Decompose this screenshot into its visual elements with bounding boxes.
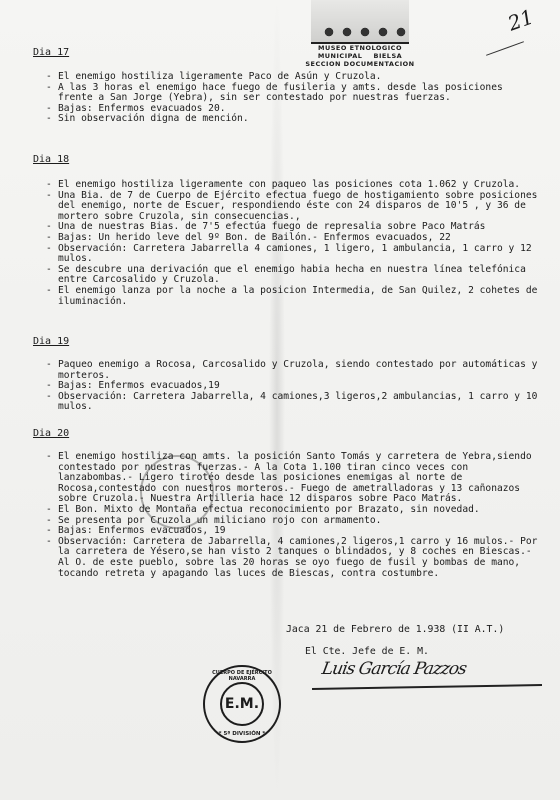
entry: El enemigo lanza por la noche a la posic… bbox=[46, 286, 540, 307]
day-heading: Dia 19 bbox=[33, 337, 69, 348]
entry: El enemigo hostiliza ligeramente Paco de… bbox=[46, 72, 540, 83]
official-seal: CUERPO DE EJÉRCITO NAVARRA E.M. * 5ª DIV… bbox=[203, 665, 281, 743]
stamp-line: MUSEO ETNOLOGICO bbox=[305, 44, 415, 52]
museum-stamp: MUSEO ETNOLOGICO MUNICIPAL BIELSA SECCIO… bbox=[305, 0, 415, 70]
entry: Observación: Carretera de Jabarrella, 4 … bbox=[46, 537, 540, 579]
seal-center-text: E.M. bbox=[220, 682, 264, 726]
entry: Una Bia. de 7 de Cuerpo de Ejército efec… bbox=[46, 191, 540, 223]
entry: Se descubre una derivación que el enemig… bbox=[46, 265, 540, 286]
entry: Paqueo enemigo a Rocosa, Carcosalido y C… bbox=[46, 360, 540, 381]
seal-top-text: CUERPO DE EJÉRCITO NAVARRA bbox=[205, 670, 279, 682]
document-page: MUSEO ETNOLOGICO MUNICIPAL BIELSA SECCIO… bbox=[0, 0, 560, 800]
entry: Observación: Carretera Jabarrella, 4 cam… bbox=[46, 392, 540, 413]
place-date: Jaca 21 de Febrero de 1.938 (II A.T.) bbox=[286, 625, 504, 636]
stamp-line: SECCION DOCUMENTACION bbox=[305, 60, 415, 68]
signer-title: El Cte. Jefe de E. M. bbox=[305, 647, 429, 658]
entry: A las 3 horas el enemigo hace fuego de f… bbox=[46, 83, 540, 104]
day-entries: Paqueo enemigo a Rocosa, Carcosalido y C… bbox=[46, 360, 540, 413]
day-heading: Dia 20 bbox=[33, 429, 69, 440]
faint-seal-impression bbox=[140, 455, 214, 529]
entry: Sin observación digna de mención. bbox=[46, 114, 540, 125]
page-number: 21 bbox=[505, 4, 537, 35]
day-heading: Dia 18 bbox=[33, 155, 69, 166]
entry: El enemigo hostiliza con amts. la posici… bbox=[46, 452, 540, 505]
page-number-underline bbox=[486, 41, 524, 56]
entry: El enemigo hostiliza ligeramente con paq… bbox=[46, 180, 540, 191]
entry: Bajas: Un herido leve del 9º Bon. de Bai… bbox=[46, 233, 540, 244]
entry: El Bon. Mixto de Montaña efectua reconoc… bbox=[46, 505, 540, 516]
entry: Observación: Carretera Jabarrella 4 cami… bbox=[46, 244, 540, 265]
day-entries: El enemigo hostiliza con amts. la posici… bbox=[46, 452, 540, 579]
building-icon bbox=[311, 0, 409, 44]
signature-line bbox=[312, 684, 542, 690]
stamp-line: MUNICIPAL BIELSA bbox=[305, 52, 415, 60]
handwritten-signature: Luis García Pazzos bbox=[320, 659, 467, 679]
seal-bottom-text: * 5ª DIVISIÓN * bbox=[205, 731, 279, 737]
day-heading: Dia 17 bbox=[33, 48, 69, 59]
day-entries: El enemigo hostiliza ligeramente con paq… bbox=[46, 180, 540, 307]
day-entries: El enemigo hostiliza ligeramente Paco de… bbox=[46, 72, 540, 125]
